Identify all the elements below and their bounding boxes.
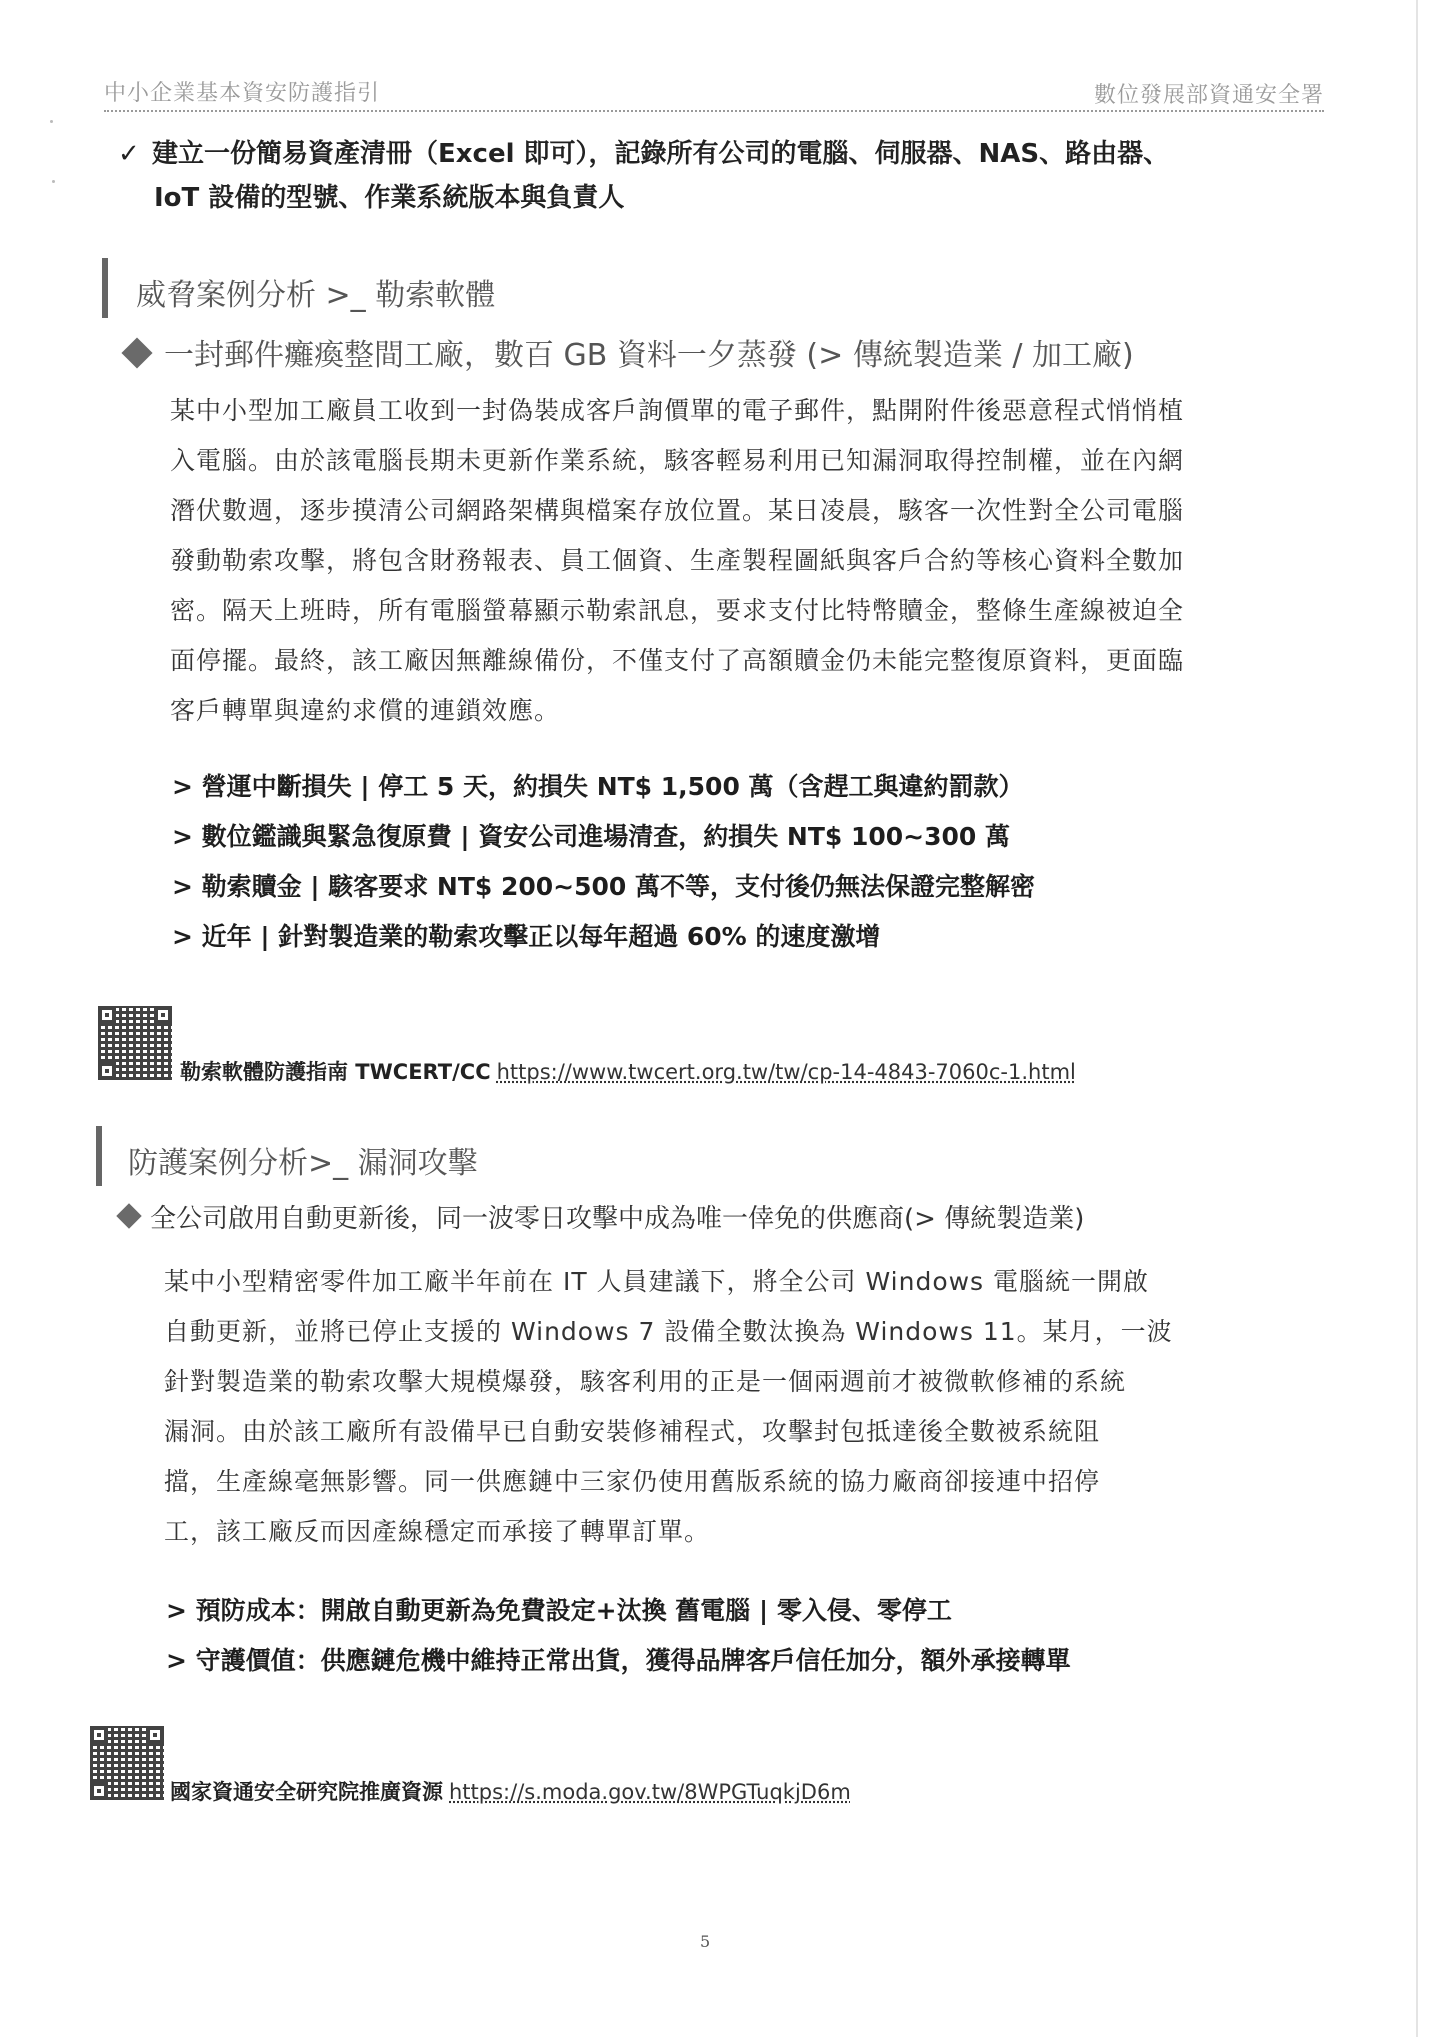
paragraph-line: 面停擺。最終，該工廠因無離線備份，不僅支付了高額贖金仍未能完整復原資料，更面臨 xyxy=(170,636,1184,686)
impact-item: > 數位鑑識與緊急復原費 | 資安公司進場清查，約損失 NT$ 100~300 … xyxy=(172,812,1035,862)
section-bar-defense xyxy=(96,1126,102,1186)
case-heading-threat: 一封郵件癱瘓整間工廠，數百 GB 資料一夕蒸發 (> 傳統製造業 / 加工廠) xyxy=(126,330,1134,374)
paragraph-line: 某中小型加工廠員工收到一封偽裝成客戶詢價單的電子郵件，點開附件後惡意程式悄悄植 xyxy=(170,386,1184,436)
case-heading-text: 全公司啟用自動更新後，同一波零日攻擊中成為唯一倖免的供應商(> 傳統製造業) xyxy=(150,1204,1084,1234)
qr-finder xyxy=(154,1006,172,1024)
paragraph-line: 入電腦。由於該電腦長期未更新作業系統，駭客輕易利用已知漏洞取得控制權，並在內網 xyxy=(170,436,1184,486)
paragraph-line: 密。隔天上班時，所有電腦螢幕顯示勒索訊息，要求支付比特幣贖金，整條生產線被迫全 xyxy=(170,586,1184,636)
paragraph-line: 某中小型精密零件加工廠半年前在 IT 人員建議下，將全公司 Windows 電腦… xyxy=(164,1257,1173,1307)
agency-name: 數位發展部資通安全署 xyxy=(1094,78,1324,109)
reference-label: 國家資通安全研究院推廣資源 xyxy=(170,1780,443,1804)
paragraph-line: 自動更新，並將已停止支援的 Windows 7 設備全數汰換為 Windows … xyxy=(164,1307,1173,1357)
reference-link[interactable]: https://s.moda.gov.tw/8WPGTuqkjD6m xyxy=(449,1780,851,1804)
paragraph-line: 工，該工廠反而因產線穩定而承接了轉單訂單。 xyxy=(164,1507,1173,1557)
qr-code-twcert[interactable] xyxy=(98,1006,172,1080)
section-bar-threat xyxy=(102,258,108,318)
threat-case-paragraph: 某中小型加工廠員工收到一封偽裝成客戶詢價單的電子郵件，點開附件後惡意程式悄悄植 … xyxy=(170,386,1184,736)
paragraph-line: 發動勒索攻擊，將包含財務報表、員工個資、生產製程圖紙與客戶合約等核心資料全數加 xyxy=(170,536,1184,586)
section-title-defense: 防護案例分析>_ 漏洞攻擊 xyxy=(128,1138,478,1182)
scan-speck xyxy=(52,180,55,183)
paragraph-line: 針對製造業的勒索攻擊大規模爆發，駭客利用的正是一個兩週前才被微軟修補的系統 xyxy=(164,1357,1173,1407)
value-item: > 預防成本：開啟自動更新為免費設定+汰換 舊電腦 | 零入侵、零停工 xyxy=(166,1586,1071,1636)
reference-link[interactable]: https://www.twcert.org.tw/tw/cp-14-4843-… xyxy=(497,1060,1076,1084)
defense-case-paragraph: 某中小型精密零件加工廠半年前在 IT 人員建議下，將全公司 Windows 電腦… xyxy=(164,1257,1173,1557)
qr-finder xyxy=(98,1006,116,1024)
qr-finder xyxy=(90,1782,108,1800)
scan-edge xyxy=(1416,0,1418,2037)
diamond-bullet-icon xyxy=(121,337,152,368)
threat-impact-list: > 營運中斷損失 | 停工 5 天，約損失 NT$ 1,500 萬（含趕工與違約… xyxy=(172,762,1035,962)
paragraph-line: 擋，生產線毫無影響。同一供應鏈中三家仍使用舊版系統的協力廠商卻接連中招停 xyxy=(164,1457,1173,1507)
paragraph-line: 客戶轉單與違約求償的連鎖效應。 xyxy=(170,686,1184,736)
page-header: 中小企業基本資安防護指引 數位發展部資通安全署 xyxy=(104,70,1324,112)
checklist-line-2: IoT 設備的型號、作業系統版本與負責人 xyxy=(118,176,1318,220)
impact-item: > 營運中斷損失 | 停工 5 天，約損失 NT$ 1,500 萬（含趕工與違約… xyxy=(172,762,1035,812)
document-page: 中小企業基本資安防護指引 數位發展部資通安全署 ✓建立一份簡易資產清冊（Exce… xyxy=(0,0,1440,2037)
reference-twcert: 勒索軟體防護指南 TWCERT/CChttps://www.twcert.org… xyxy=(180,1056,1076,1086)
document-title: 中小企業基本資安防護指引 xyxy=(104,76,380,107)
checklist-item: ✓建立一份簡易資產清冊（Excel 即可），記錄所有公司的電腦、伺服器、NAS、… xyxy=(118,132,1318,220)
qr-finder xyxy=(90,1726,108,1744)
page-number: 5 xyxy=(700,1932,710,1951)
defense-value-list: > 預防成本：開啟自動更新為免費設定+汰換 舊電腦 | 零入侵、零停工 > 守護… xyxy=(166,1586,1071,1686)
qr-code-nics[interactable] xyxy=(90,1726,164,1800)
value-item: > 守護價值：供應鏈危機中維持正常出貨，獲得品牌客戶信任加分，額外承接轉單 xyxy=(166,1636,1071,1686)
paragraph-line: 漏洞。由於該工廠所有設備早已自動安裝修補程式，攻擊封包抵達後全數被系統阻 xyxy=(164,1407,1173,1457)
checkmark-icon: ✓ xyxy=(118,132,152,176)
reference-nics: 國家資通安全研究院推廣資源https://s.moda.gov.tw/8WPGT… xyxy=(170,1776,851,1806)
scan-speck xyxy=(50,120,53,123)
qr-finder xyxy=(98,1062,116,1080)
impact-item: > 近年 | 針對製造業的勒索攻擊正以每年超過 60% 的速度激增 xyxy=(172,912,1035,962)
case-heading-defense: 全公司啟用自動更新後，同一波零日攻擊中成為唯一倖免的供應商(> 傳統製造業) xyxy=(120,1198,1084,1235)
checklist-line-1: 建立一份簡易資產清冊（Excel 即可），記錄所有公司的電腦、伺服器、NAS、路… xyxy=(152,139,1169,169)
paragraph-line: 潛伏數週，逐步摸清公司網路架構與檔案存放位置。某日凌晨，駭客一次性對全公司電腦 xyxy=(170,486,1184,536)
qr-finder xyxy=(146,1726,164,1744)
case-heading-text: 一封郵件癱瘓整間工廠，數百 GB 資料一夕蒸發 (> 傳統製造業 / 加工廠) xyxy=(164,338,1134,373)
section-title-threat: 威脅案例分析 >_ 勒索軟體 xyxy=(136,270,495,314)
reference-label: 勒索軟體防護指南 TWCERT/CC xyxy=(180,1060,491,1084)
impact-item: > 勒索贖金 | 駭客要求 NT$ 200~500 萬不等，支付後仍無法保證完整… xyxy=(172,862,1035,912)
diamond-bullet-icon xyxy=(116,1203,141,1228)
